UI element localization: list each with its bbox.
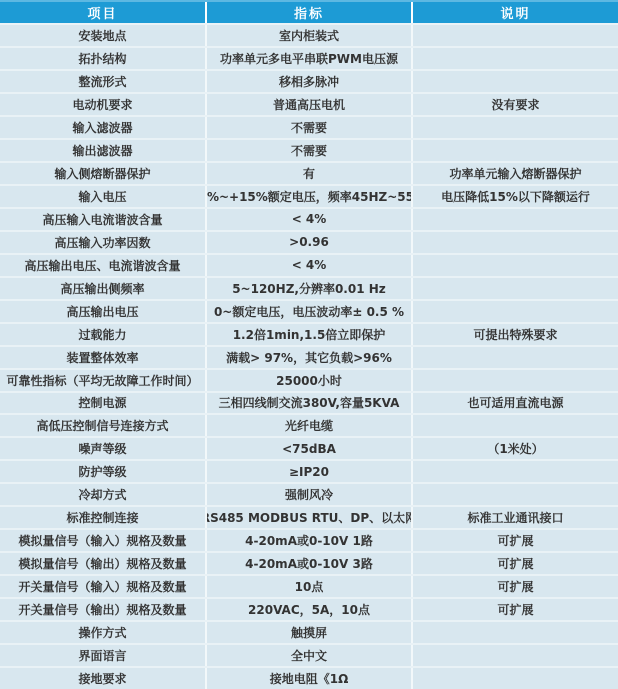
item-cell: 高压输入功率因数	[0, 232, 207, 253]
table-row: 高压输入功率因数 >0.96	[0, 232, 618, 255]
spec-cell: 接地电阻《1Ω	[207, 668, 413, 689]
note-cell: 可扩展	[413, 553, 618, 574]
item-cell: 标准控制连接	[0, 507, 207, 528]
spec-cell: 4-20mA或0-10V 3路	[207, 553, 413, 574]
table-body: 安装地点 室内柜装式 拓扑结构 功率单元多电平串联PWM电压源 整流形式 移相多…	[0, 25, 618, 689]
note-cell: 可扩展	[413, 576, 618, 597]
spec-cell: 强制风冷	[207, 484, 413, 505]
item-cell: 模拟量信号（输出）规格及数量	[0, 553, 207, 574]
note-cell	[413, 71, 618, 92]
spec-cell: 全中文	[207, 645, 413, 666]
note-cell	[413, 461, 618, 482]
item-cell: 高压输出侧频率	[0, 278, 207, 299]
note-cell	[413, 48, 618, 69]
item-cell: 界面语言	[0, 645, 207, 666]
item-cell: 冷却方式	[0, 484, 207, 505]
note-cell: 没有要求	[413, 94, 618, 115]
spec-cell: 功率单元多电平串联PWM电压源	[207, 48, 413, 69]
table-row: 输出滤波器 不需要	[0, 140, 618, 163]
note-cell: 电压降低15%以下降额运行	[413, 186, 618, 207]
table-row: 拓扑结构 功率单元多电平串联PWM电压源	[0, 48, 618, 71]
note-cell	[413, 347, 618, 368]
spec-cell: 25000小时	[207, 370, 413, 391]
table-row: 电动机要求 普通高压电机 没有要求	[0, 94, 618, 117]
column-header-note: 说明	[413, 2, 618, 23]
item-cell: 防护等级	[0, 461, 207, 482]
item-cell: 可靠性指标（平均无故障工作时间）	[0, 370, 207, 391]
table-row: 可靠性指标（平均无故障工作时间） 25000小时	[0, 370, 618, 393]
table-row: 高压输出电压、电流谐波含量 < 4%	[0, 255, 618, 278]
item-cell: 电动机要求	[0, 94, 207, 115]
table-row: 噪声等级 <75dBA （1米处）	[0, 438, 618, 461]
spec-cell: 1.2倍1min,1.5倍立即保护	[207, 324, 413, 345]
spec-cell: 不需要	[207, 140, 413, 161]
item-cell: 接地要求	[0, 668, 207, 689]
table-row: 输入滤波器 不需要	[0, 117, 618, 140]
spec-cell: -30%~+15%额定电压，频率45HZ~55HZ	[207, 186, 413, 207]
table-row: 界面语言 全中文	[0, 645, 618, 668]
spec-cell: 0~额定电压，电压波动率± 0.5 %	[207, 301, 413, 322]
note-cell: 标准工业通讯接口	[413, 507, 618, 528]
table-row: 输入侧熔断器保护 有 功率单元输入熔断器保护	[0, 163, 618, 186]
item-cell: 开关量信号（输入）规格及数量	[0, 576, 207, 597]
spec-cell: 不需要	[207, 117, 413, 138]
table-row: 开关量信号（输入）规格及数量 10点 可扩展	[0, 576, 618, 599]
table-row: 防护等级 ≥IP20	[0, 461, 618, 484]
note-cell	[413, 645, 618, 666]
spec-cell: 有	[207, 163, 413, 184]
table-header-row: 项目 指标 说明	[0, 0, 618, 25]
table-row: 模拟量信号（输入）规格及数量 4-20mA或0-10V 1路 可扩展	[0, 530, 618, 553]
table-row: 开关量信号（输出）规格及数量 220VAC，5A，10点 可扩展	[0, 599, 618, 622]
spec-cell: < 4%	[207, 255, 413, 276]
table-row: 高压输出侧频率 5~120HZ,分辨率0.01 Hz	[0, 278, 618, 301]
item-cell: 输出滤波器	[0, 140, 207, 161]
spec-cell: 10点	[207, 576, 413, 597]
item-cell: 高压输出电压	[0, 301, 207, 322]
item-cell: 输入滤波器	[0, 117, 207, 138]
note-cell	[413, 117, 618, 138]
note-cell	[413, 301, 618, 322]
table-row: 高低压控制信号连接方式 光纤电缆	[0, 415, 618, 438]
note-cell	[413, 484, 618, 505]
item-cell: 高低压控制信号连接方式	[0, 415, 207, 436]
spec-cell: 触摸屏	[207, 622, 413, 643]
spec-cell: 普通高压电机	[207, 94, 413, 115]
table-row: 高压输出电压 0~额定电压，电压波动率± 0.5 %	[0, 301, 618, 324]
specification-table: 项目 指标 说明 安装地点 室内柜装式 拓扑结构 功率单元多电平串联PWM电压源…	[0, 0, 618, 689]
note-cell	[413, 209, 618, 230]
table-row: 输入电压 -30%~+15%额定电压，频率45HZ~55HZ 电压降低15%以下…	[0, 186, 618, 209]
note-cell: 可提出特殊要求	[413, 324, 618, 345]
note-cell	[413, 370, 618, 391]
table-row: 接地要求 接地电阻《1Ω	[0, 668, 618, 689]
table-row: 操作方式 触摸屏	[0, 622, 618, 645]
column-header-spec: 指标	[207, 2, 413, 23]
note-cell	[413, 140, 618, 161]
note-cell: 功率单元输入熔断器保护	[413, 163, 618, 184]
table-row: 冷却方式 强制风冷	[0, 484, 618, 507]
table-row: 安装地点 室内柜装式	[0, 25, 618, 48]
item-cell: 噪声等级	[0, 438, 207, 459]
item-cell: 输入电压	[0, 186, 207, 207]
note-cell: （1米处）	[413, 438, 618, 459]
note-cell: 可扩展	[413, 599, 618, 620]
table-row: 高压输入电流谐波含量 < 4%	[0, 209, 618, 232]
note-cell	[413, 415, 618, 436]
item-cell: 装置整体效率	[0, 347, 207, 368]
item-cell: 开关量信号（输出）规格及数量	[0, 599, 207, 620]
spec-cell: 光纤电缆	[207, 415, 413, 436]
spec-cell: ≥IP20	[207, 461, 413, 482]
spec-cell: 220VAC，5A，10点	[207, 599, 413, 620]
spec-cell: 三相四线制交流380V,容量5KVA	[207, 393, 413, 414]
item-cell: 控制电源	[0, 393, 207, 414]
spec-cell: < 4%	[207, 209, 413, 230]
spec-cell: 满载> 97%，其它负载>96%	[207, 347, 413, 368]
item-cell: 拓扑结构	[0, 48, 207, 69]
table-row: 控制电源 三相四线制交流380V,容量5KVA 也可适用直流电源	[0, 393, 618, 416]
item-cell: 过载能力	[0, 324, 207, 345]
table-row: 模拟量信号（输出）规格及数量 4-20mA或0-10V 3路 可扩展	[0, 553, 618, 576]
spec-cell: 室内柜装式	[207, 25, 413, 46]
item-cell: 高压输出电压、电流谐波含量	[0, 255, 207, 276]
item-cell: 安装地点	[0, 25, 207, 46]
note-cell	[413, 25, 618, 46]
spec-cell: 5~120HZ,分辨率0.01 Hz	[207, 278, 413, 299]
note-cell: 也可适用直流电源	[413, 393, 618, 414]
table-row: 整流形式 移相多脉冲	[0, 71, 618, 94]
spec-cell: RS485 MODBUS RTU、DP、以太网	[207, 507, 413, 528]
spec-cell: >0.96	[207, 232, 413, 253]
item-cell: 操作方式	[0, 622, 207, 643]
column-header-item: 项目	[0, 2, 207, 23]
item-cell: 高压输入电流谐波含量	[0, 209, 207, 230]
note-cell	[413, 232, 618, 253]
table-row: 过载能力 1.2倍1min,1.5倍立即保护 可提出特殊要求	[0, 324, 618, 347]
item-cell: 输入侧熔断器保护	[0, 163, 207, 184]
note-cell: 可扩展	[413, 530, 618, 551]
table-row: 标准控制连接 RS485 MODBUS RTU、DP、以太网 标准工业通讯接口	[0, 507, 618, 530]
item-cell: 模拟量信号（输入）规格及数量	[0, 530, 207, 551]
note-cell	[413, 255, 618, 276]
table-row: 装置整体效率 满载> 97%，其它负载>96%	[0, 347, 618, 370]
spec-cell: 移相多脉冲	[207, 71, 413, 92]
spec-cell: <75dBA	[207, 438, 413, 459]
spec-cell: 4-20mA或0-10V 1路	[207, 530, 413, 551]
note-cell	[413, 668, 618, 689]
note-cell	[413, 622, 618, 643]
item-cell: 整流形式	[0, 71, 207, 92]
note-cell	[413, 278, 618, 299]
